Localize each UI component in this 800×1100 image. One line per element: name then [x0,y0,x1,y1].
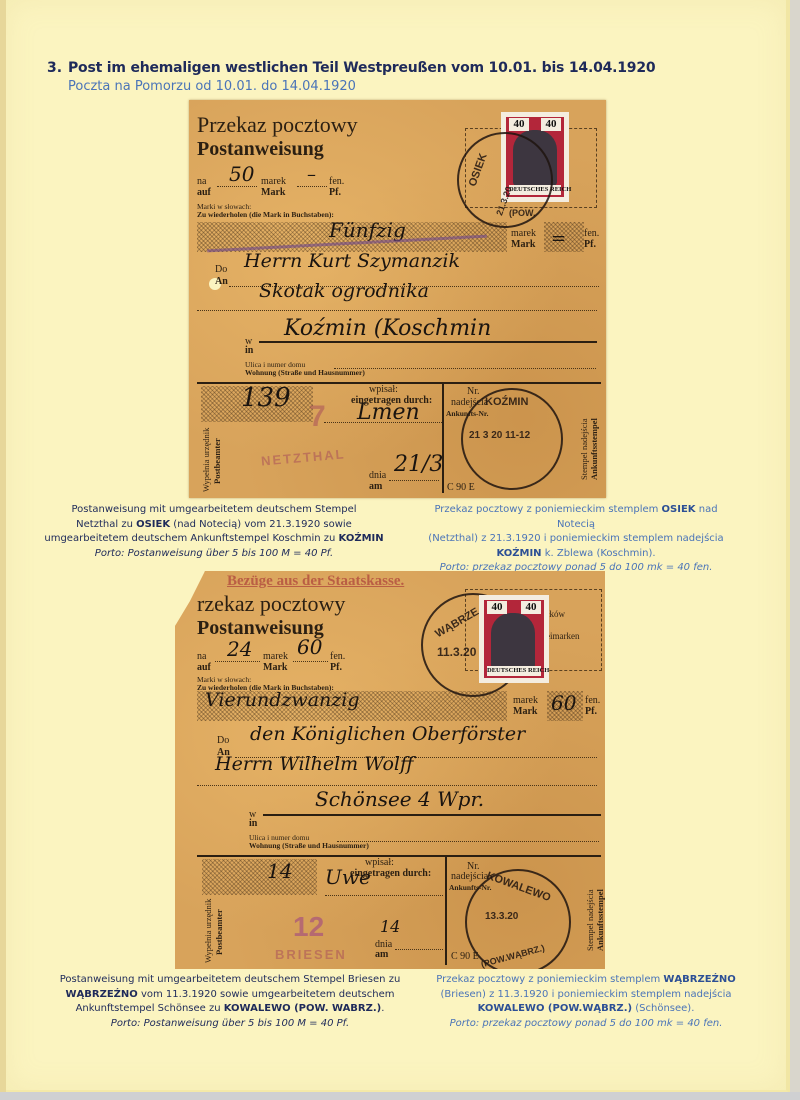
label-stempel-de: Ankunftsstempel [595,889,605,951]
form-title-pl: Przekaz pocztowy [197,112,358,138]
stamp-value-left: 40 [487,601,507,614]
scanner-edge [0,1092,800,1100]
caption-line: Postanweisung mit umgearbeitetem deutsch… [44,973,416,988]
stamp-value-left: 40 [509,118,529,131]
clerk-signature: Uwe [325,865,371,889]
caption-text: vom 11.3.1920 sowie umgearbeitetem deuts… [138,989,395,1000]
caption-text: . [381,1003,384,1014]
label-nadejscia: nadejścia [451,871,488,882]
arrival-postmark-town: KOŹMIN [485,396,528,408]
caption-place: WĄBRZEŹNO [66,989,138,1000]
label-fen-2: fen. [585,695,600,706]
label-marek-2: marek [513,695,538,706]
label-am: am [369,481,382,492]
label-stempel-pl: Stempel nadejścia [579,418,589,480]
label-auf: auf [197,187,211,198]
caption-text: Przekaz pocztowy z poniemieckim stemplem [436,974,663,985]
caption-text: Ankunftstempel Schönsee zu [76,1003,224,1014]
amount-fen: 60 [297,635,322,659]
form-title-pl: rzekaz pocztowy [197,591,345,617]
label-wypelnia: Wypełnia urzędnik [203,899,213,963]
header-rubber-stamp: Bezüge aus der Staatskasse. [227,573,404,590]
registry-number: 139 [241,383,291,413]
stamp-country: DEUTSCHES REICH [487,666,541,676]
label-mark-2: Mark [513,706,537,717]
caption-text: umgearbeitetem deutschem Ankunftstempel … [44,533,338,544]
origin-postmark-date: 11.3.20 [437,645,476,659]
caption-1-de: Postanweisung mit umgearbeitetem deutsch… [54,503,374,561]
label-pf: Pf. [329,187,341,198]
form-code: C 90 E [447,482,475,493]
caption-place: KOŹMIN [496,548,541,559]
caption-place: KOWALEWO (POW.WĄBRZ.) [478,1003,632,1014]
label-nr: Nr. [467,386,480,397]
words-mark: = [551,228,566,249]
amount-words: Fünfzig [329,218,406,242]
label-mark: Mark [261,187,285,198]
caption-porto: Porto: Postanweisung über 5 bis 100 M = … [95,548,333,559]
label-pf-2: Pf. [584,239,596,250]
caption-line: (Netzthal) z 21.3.1920 i poniemieckim st… [416,532,736,547]
addressee-line-2: Herrn Wilhelm Wolff [215,753,413,775]
caption-text: Przekaz pocztowy z poniemieckim stemplem [434,504,661,515]
label-na: na [197,176,206,187]
label-do: Do [215,264,227,275]
date-handwritten: 21/3 [394,452,443,477]
section-title-de: Post im ehemaligen westlichen Teil Westp… [68,60,655,76]
label-pf: Pf. [330,662,342,673]
stamp-value-right: 40 [521,601,541,614]
words-mark: 60 [551,691,576,715]
amount-fen: – [307,164,316,185]
arrival-postmark-date: 13.3.20 [485,911,518,922]
red-mark: 7 [309,400,328,434]
label-marek: marek [263,651,288,662]
caption-text: (Schönsee). [632,1003,694,1014]
section-number: 3. [47,60,62,76]
red-mark: 12 [293,911,324,943]
caption-line: (Briesen) z 11.3.1920 i poniemieckim ste… [426,988,746,1003]
caption-line: Postanweisung mit umgearbeitetem deutsch… [54,503,374,518]
caption-place: OSIEK [136,519,170,530]
caption-text: k. Zblewa (Koschmin). [542,548,656,559]
amount-mark: 50 [229,162,254,186]
addressee-line-2: Skotak ogrodnika [259,280,429,302]
money-order-card-2: Bezüge aus der Staatskasse. rzekaz poczt… [175,571,605,969]
label-wohnung: Wohnung (Straße und Hausnummer) [249,841,369,850]
label-pf-2: Pf. [585,706,597,717]
label-na: na [197,651,206,662]
origin-postmark-district: (POW. [509,208,536,218]
stamp-area-text: łków [547,609,565,619]
label-marek-2: marek [511,228,536,239]
label-wohnung: Wohnung (Straße und Hausnummer) [245,368,365,377]
postage-stamp-germania-40: 40 40 DEUTSCHES REICH [479,595,549,683]
label-mark-2: Mark [511,239,535,250]
caption-1-pl: Przekaz pocztowy z poniemieckim stemplem… [416,503,736,576]
label-fen: fen. [330,651,345,662]
caption-2-pl: Przekaz pocztowy z poniemieckim stemplem… [426,973,746,1031]
label-wpisal: wpisał: [369,384,398,395]
caption-place: KOWALEWO (POW. WABRZ.) [224,1003,382,1014]
germania-portrait [491,613,535,669]
label-marek: marek [261,176,286,187]
label-postbeamter: Postbeamter [214,909,224,955]
form-title-de: Postanweisung [197,138,324,161]
label-in: in [245,345,253,356]
destination-town: Schönsee 4 Wpr. [315,787,484,811]
caption-2-de: Postanweisung mit umgearbeitetem deutsch… [44,973,416,1031]
money-order-card-1: Przekaz pocztowy Postanweisung na auf 50… [189,100,606,498]
caption-text: Netzthal zu [76,519,136,530]
label-wypelnia: Wypełnia urzędnik [201,428,211,492]
label-do: Do [217,735,229,746]
netzthal-stamp: NETZTHAL [261,446,347,468]
album-page: 3. Post im ehemaligen westlichen Teil We… [6,0,790,1093]
caption-place: WĄBRZEŹNO [663,974,735,985]
amount-words: Vierundzwanzig [205,689,360,711]
label-stempel-pl: Stempel nadejścia [585,889,595,951]
destination-town: Koźmin (Koschmin [284,316,491,341]
label-dnia: dnia [369,470,386,481]
caption-place: OSIEK [662,504,696,515]
clerk-signature: Lmen [357,400,420,425]
label-postbeamter: Postbeamter [212,438,222,484]
amount-mark: 24 [227,637,252,661]
caption-porto: Porto: przekaz pocztowy ponad 5 do 100 m… [450,1018,723,1029]
date-handwritten: 14 [380,917,400,936]
label-auf: auf [197,662,211,673]
label-zu-wiederholen: Zu wiederholen (die Mark in Buchstaben): [197,210,334,219]
label-an: An [215,276,228,287]
stamp-value-right: 40 [541,118,561,131]
label-mark: Mark [263,662,287,673]
label-fen-2: fen. [584,228,599,239]
registry-number: 14 [267,859,292,883]
caption-porto: Porto: Postanweisung über 5 bis 100 M = … [111,1018,349,1029]
caption-text: (nad Notecią) vom 21.3.1920 sowie [170,519,352,530]
label-am: am [375,949,388,960]
arrival-postmark-date: 21 3 20 11-12 [469,430,530,441]
addressee-line-1: Herrn Kurt Szymanzik [244,250,460,272]
section-title-pl: Poczta na Pomorzu od 10.01. do 14.04.192… [68,79,356,94]
caption-place: KOŹMIN [339,533,384,544]
label-stempel-de: Ankunftsstempel [589,418,599,480]
label-fen: fen. [329,176,344,187]
briesen-stamp: BRIESEN [275,947,347,962]
label-in: in [249,818,257,829]
addressee-line-1: den Königlichen Oberförster [250,723,525,745]
